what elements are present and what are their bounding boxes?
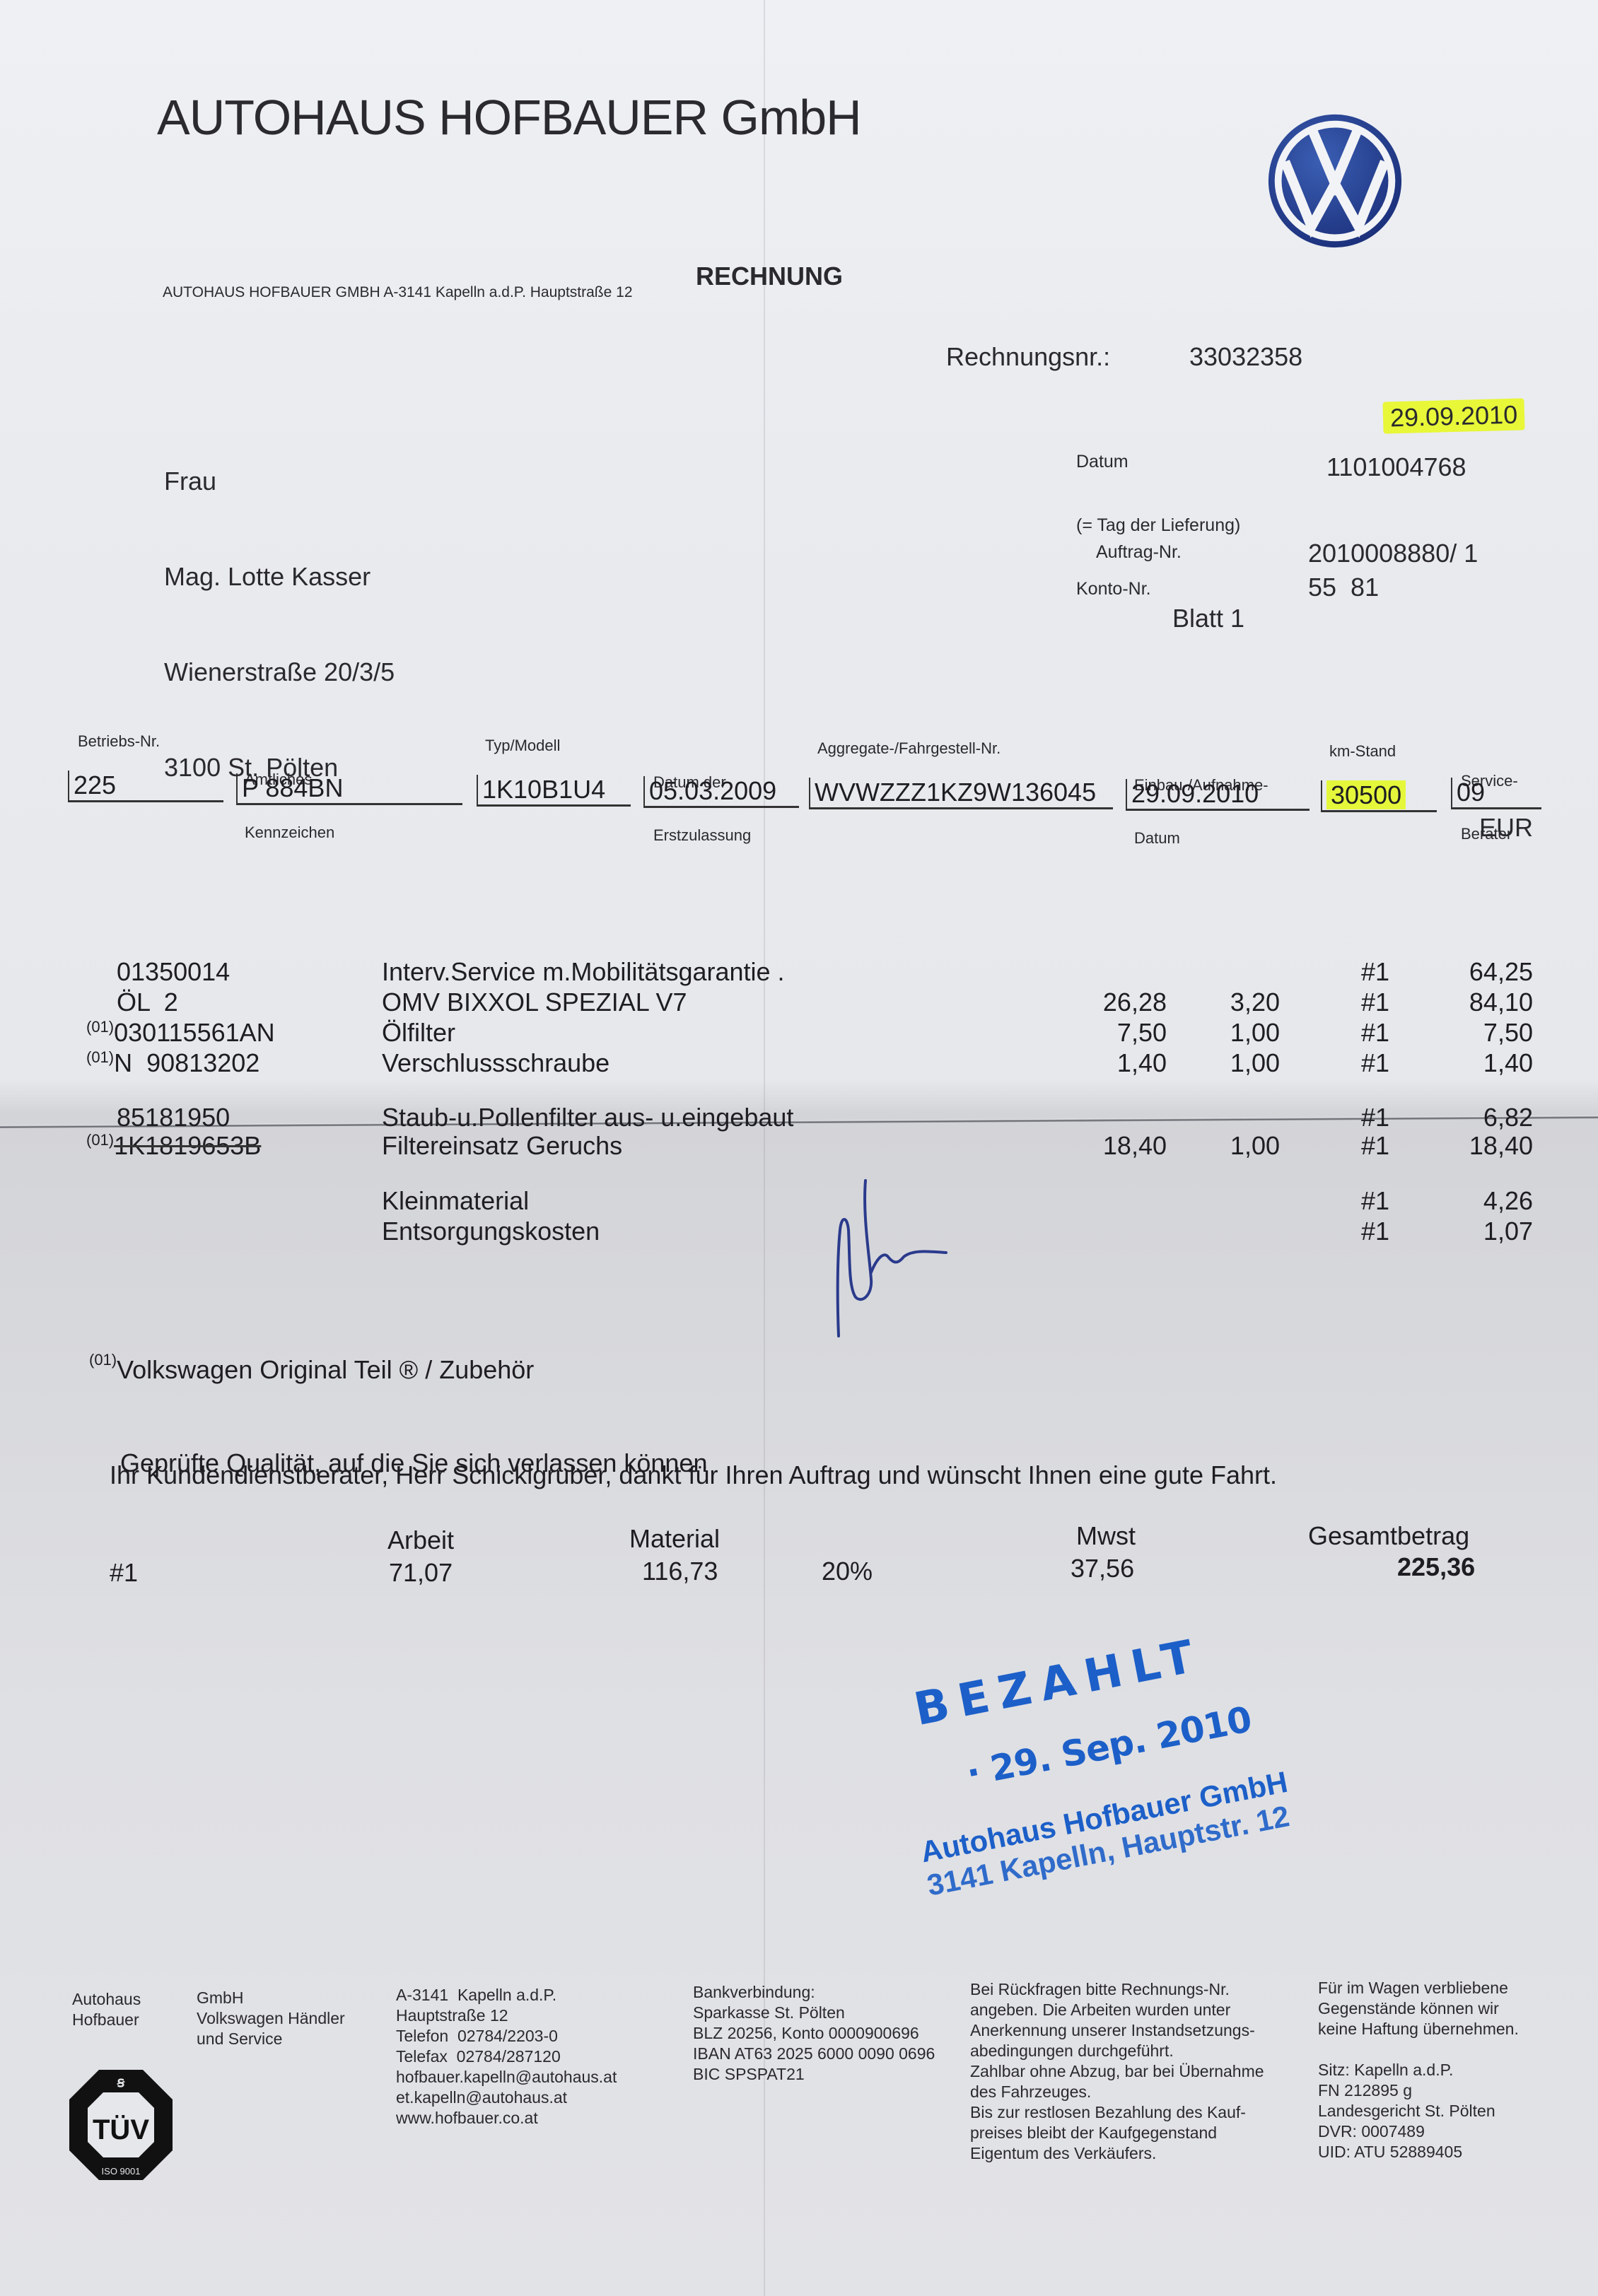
item-code: (01)030115561AN [86, 1018, 275, 1048]
item-total: 6,82 [1483, 1103, 1533, 1132]
sender-address-line: AUTOHAUS HOFBAUER GMBH A-3141 Kapelln a.… [163, 284, 633, 301]
footer-line: Anerkennung unserer Instandsetzungs- [970, 2020, 1264, 2041]
invoice-number: 33032358 [1189, 342, 1302, 372]
item-ref: #1 [1361, 1131, 1389, 1161]
item-description: Kleinmaterial [382, 1186, 529, 1216]
labor-amount: 71,07 [389, 1558, 453, 1588]
material-amount: 116,73 [642, 1557, 718, 1586]
line-item-row: (01)N 90813202Verschlussschraube1,401,00… [0, 1048, 1598, 1078]
footer-line: Sparkasse St. Pölten [693, 2003, 935, 2023]
invoice-number-label: Rechnungsnr.: [946, 342, 1110, 372]
date-label-line-2: (= Tag der Lieferung) [1076, 515, 1240, 536]
item-ref: #1 [1361, 1103, 1389, 1132]
typ-field: 1K10B1U4 [477, 775, 631, 807]
footer-line: Bankverbindung: [693, 1982, 935, 2003]
betriebs-nr-field: 225 [68, 771, 223, 802]
kennzeichen-field: P 884BN [236, 773, 462, 805]
vat-rate: 20% [822, 1557, 873, 1586]
einbau-field: 29.09.2010 [1126, 779, 1310, 811]
footer-line: BIC SPSPAT21 [693, 2064, 935, 2085]
footer-line: Bei Rückfragen bitte Rechnungs-Nr. [970, 1979, 1264, 2000]
footer-line: angeben. Die Arbeiten wurden unter [970, 2000, 1264, 2020]
footer-line[interactable]: et.kapelln@autohaus.at [396, 2087, 617, 2108]
km-stand-value: 30500 [1326, 780, 1406, 809]
footer-line: Hauptstraße 12 [396, 2005, 617, 2026]
footer-line: Autohaus [72, 1989, 141, 2010]
item-total: 7,50 [1483, 1018, 1533, 1048]
item-code-value: 85181950 [117, 1103, 230, 1132]
item-description: Filtereinsatz Geruchs [382, 1131, 622, 1161]
footer-line: DVR: 0007489 [1318, 2121, 1519, 2142]
line-item-row: (01)030115561ANÖlfilter7,501,00#17,50 [0, 1018, 1598, 1048]
line-item-row: Entsorgungskosten#11,07 [0, 1217, 1598, 1246]
fahrgestell-label: Aggregate-/Fahrgestell-Nr. [817, 739, 1001, 757]
item-total: 84,10 [1469, 988, 1533, 1017]
item-description: Entsorgungskosten [382, 1217, 600, 1246]
item-code: (01)1K1819653B [86, 1131, 261, 1161]
item-quantity: 1,00 [1230, 1048, 1280, 1078]
recipient-salutation: Frau [164, 465, 395, 497]
footer-line: keine Haftung übernehmen. [1318, 2019, 1519, 2039]
line-item-row: 01350014Interv.Service m.Mobilitätsgaran… [0, 957, 1598, 987]
footer-line[interactable]: www.hofbauer.co.at [396, 2108, 617, 2128]
footer-contact: A-3141 Kapelln a.d.P.Hauptstraße 12Telef… [396, 1985, 617, 2128]
footer-line: Bis zur restlosen Bezahlung des Kauf- [970, 2102, 1264, 2123]
footer-line[interactable]: hofbauer.kapelln@autohaus.at [396, 2067, 617, 2087]
svg-text:ꞩ: ꞩ [117, 2075, 125, 2090]
line-item-row: (01)1K1819653BFiltereinsatz Geruchs18,40… [0, 1131, 1598, 1161]
item-quantity: 3,20 [1230, 988, 1280, 1017]
item-ref: #1 [1361, 988, 1389, 1017]
footer-line: Telefon 02784/2203-0 [396, 2026, 617, 2046]
erstzulassung-label: Datum der Erstzulassung [653, 738, 751, 879]
item-code: 01350014 [117, 957, 230, 987]
item-prefix: (01) [86, 1048, 114, 1066]
account-number: 1101004768 [1326, 452, 1466, 482]
footer-line: Hofbauer [72, 2010, 141, 2030]
footer-line: des Fahrzeuges. [970, 2082, 1264, 2102]
footer-line: BLZ 20256, Konto 0000900696 [693, 2023, 935, 2044]
document-title: RECHNUNG [696, 262, 843, 291]
line-item-row: 85181950Staub-u.Pollenfilter aus- u.eing… [0, 1103, 1598, 1132]
order-number-suffix: 55 81 [1308, 573, 1379, 602]
item-prefix: (01) [86, 1131, 114, 1149]
footer-line: Für im Wagen verbliebene [1318, 1978, 1519, 1998]
invoice-paper: AUTOHAUS HOFBAUER GmbH RECHNUNG AUTOHAUS… [0, 0, 1598, 2296]
total-label: Gesamtbetrag [1308, 1521, 1469, 1551]
vat-label: Mwst [1076, 1521, 1136, 1551]
km-stand-field: 30500 [1321, 780, 1437, 812]
item-code-value: 01350014 [117, 957, 230, 986]
line-item-row: Kleinmaterial#14,26 [0, 1186, 1598, 1216]
item-description: Interv.Service m.Mobilitätsgarantie . [382, 957, 785, 987]
item-code: 85181950 [117, 1103, 230, 1132]
total-amount: 225,36 [1397, 1552, 1475, 1582]
vw-note-line-1: Volkswagen Original Teil ® / Zubehör [117, 1355, 534, 1384]
handwritten-signature [820, 1173, 983, 1350]
footer-line: A-3141 Kapelln a.d.P. [396, 1985, 617, 2005]
item-unit-price: 1,40 [1117, 1048, 1167, 1078]
currency-label: EUR [1479, 813, 1533, 843]
vw-logo-icon [1266, 112, 1404, 250]
item-ref: #1 [1361, 1186, 1389, 1216]
item-prefix: (01) [86, 1018, 114, 1036]
item-ref: #1 [1361, 1048, 1389, 1078]
footer-line: Telefax 02784/287120 [396, 2046, 617, 2067]
vw-original-parts-note: (01)Volkswagen Original Teil ® / Zubehör… [89, 1287, 707, 1541]
erstzulassung-label-line-2: Erstzulassung [653, 826, 751, 844]
order-number-label: Auftrag-Nr. [1096, 541, 1182, 563]
erstzulassung-field: 05.03.2009 [643, 776, 799, 808]
item-code: (01)N 90813202 [86, 1048, 259, 1078]
material-label: Material [629, 1524, 720, 1554]
fahrgestell-field: WVWZZZ1KZ9W136045 [809, 778, 1113, 809]
item-code: ÖL 2 [117, 988, 178, 1017]
company-title: AUTOHAUS HOFBAUER GmbH [157, 89, 861, 146]
line-item-row: ÖL 2OMV BIXXOL SPEZIAL V726,283,20#184,1… [0, 988, 1598, 1017]
item-ref: #1 [1361, 1018, 1389, 1048]
footer-dealer: GmbHVolkswagen Händlerund Service [197, 1988, 345, 2049]
invoice-date-value: 29.09.2010 [1382, 398, 1524, 433]
item-ref: #1 [1361, 1217, 1389, 1246]
item-description: Verschlussschraube [382, 1048, 610, 1078]
invoice-date: 29.09.2010 [1382, 399, 1524, 433]
vat-amount: 37,56 [1071, 1554, 1134, 1583]
footer-legal: Für im Wagen verbliebeneGegenstände könn… [1318, 1978, 1519, 2162]
item-unit-price: 18,40 [1103, 1131, 1167, 1161]
service-berater-field: 09 [1451, 778, 1541, 809]
item-total: 4,26 [1483, 1186, 1533, 1216]
date-label-line-1: Datum [1076, 451, 1240, 472]
kennzeichen-label: Amtliches Kennzeichen [245, 735, 334, 877]
item-ref: #1 [1361, 957, 1389, 987]
einbau-label: Einbau-/Aufnahme- Datum [1134, 741, 1269, 882]
footer-line: abedingungen durchgeführt. [970, 2041, 1264, 2061]
item-code-value: ÖL 2 [117, 988, 178, 1017]
recipient-street: Wienerstraße 20/3/5 [164, 656, 395, 688]
footer-line: Eigentum des Verkäufers. [970, 2143, 1264, 2164]
footer-line: GmbH [197, 1988, 345, 2008]
footer-line: preises bleibt der Kaufgegenstand [970, 2123, 1264, 2143]
footer-line: Gegenstände können wir [1318, 1998, 1519, 2019]
footer-line: Sitz: Kapelln a.d.P. [1318, 2060, 1519, 2080]
footer-line [1318, 2039, 1519, 2060]
item-quantity: 1,00 [1230, 1131, 1280, 1161]
footer-line: Zahlbar ohne Abzug, bar bei Übernahme [970, 2061, 1264, 2082]
item-quantity: 1,00 [1230, 1018, 1280, 1048]
item-code-value: 030115561AN [114, 1018, 275, 1047]
paid-stamp: BEZAHLT · 29. Sep. 2010 Autohaus Hofbaue… [884, 1586, 1321, 1911]
item-total: 1,40 [1483, 1048, 1533, 1078]
einbau-label-line-2: Datum [1134, 829, 1269, 847]
summary-ref: #1 [110, 1558, 138, 1588]
footer-company: AutohausHofbauer [72, 1989, 141, 2030]
footer-terms: Bei Rückfragen bitte Rechnungs-Nr.angebe… [970, 1979, 1264, 2164]
footer-line: FN 212895 g [1318, 2080, 1519, 2101]
item-description: Ölfilter [382, 1018, 455, 1048]
footer-bank: Bankverbindung:Sparkasse St. PöltenBLZ 2… [693, 1982, 935, 2085]
footer-line: UID: ATU 52889405 [1318, 2142, 1519, 2162]
item-total: 18,40 [1469, 1131, 1533, 1161]
item-description: OMV BIXXOL SPEZIAL V7 [382, 988, 687, 1017]
betriebs-nr-label: Betriebs-Nr. [78, 732, 160, 750]
item-unit-price: 7,50 [1117, 1018, 1167, 1048]
typ-label: Typ/Modell [485, 737, 560, 754]
footer-line: und Service [197, 2029, 345, 2049]
item-unit-price: 26,28 [1103, 988, 1167, 1017]
item-code-value: N 90813202 [114, 1048, 259, 1077]
vw-note-prefix: (01) [89, 1351, 117, 1369]
sheet-number: Blatt 1 [1172, 604, 1244, 633]
kennzeichen-label-line-2: Kennzeichen [245, 824, 334, 841]
km-stand-label: km-Stand [1329, 742, 1396, 760]
order-number: 2010008880/ 1 [1308, 539, 1478, 568]
tuv-iso-certification-icon: TÜV ISO 9001 ꞩ [68, 2068, 174, 2181]
footer-line: IBAN AT63 2025 6000 0090 0696 [693, 2044, 935, 2064]
item-code-value: 1K1819653B [114, 1131, 261, 1160]
footer-line: Landesgericht St. Pölten [1318, 2101, 1519, 2121]
thank-you-message: Ihr Kundendienstberater, Herr Schicklgru… [110, 1460, 1277, 1490]
svg-text:TÜV: TÜV [93, 2114, 149, 2145]
item-total: 1,07 [1483, 1217, 1533, 1246]
svg-text:ISO 9001: ISO 9001 [102, 2166, 141, 2177]
account-label: Konto-Nr. [1076, 578, 1240, 599]
item-total: 64,25 [1469, 957, 1533, 987]
labor-label: Arbeit [387, 1525, 454, 1555]
recipient-name: Mag. Lotte Kasser [164, 561, 395, 592]
item-description: Staub-u.Pollenfilter aus- u.eingebaut [382, 1103, 793, 1132]
footer-line: Volkswagen Händler [197, 2008, 345, 2029]
